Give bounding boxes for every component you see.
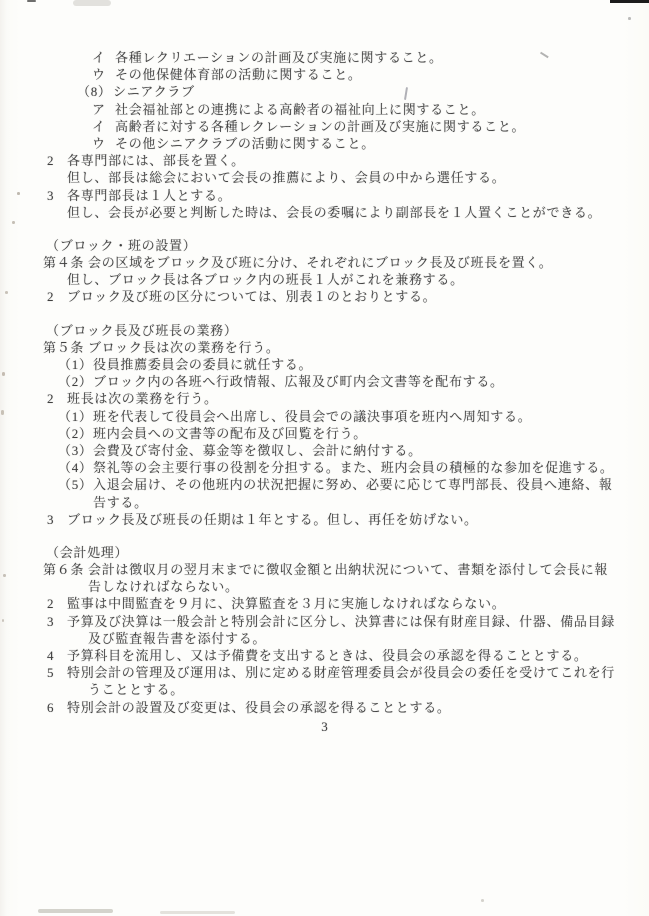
document-line: 5特別会計の管理及び運用は、別に定める財産管理委員会が役員会の委任を受けてこれを… [0,664,649,681]
document-line: 3ブロック長及び班長の任期は１年とする。但し、再任を妨げない。 [0,511,649,528]
document-line: （2）班内会員への文書等の配布及び回覧を行う。 [0,425,649,442]
line-text: 告しなければならない。 [88,579,239,594]
line-marker: （2） [58,373,93,390]
line-marker: 3 [47,613,67,630]
line-marker: （1） [58,408,93,425]
blank-line [0,306,649,322]
line-text: 入退会届け、その他班内の状況把握に努め、必要に応じて専門部長、役員へ連絡、報 [93,477,613,492]
document-line: 及び監査報告書を添付する。 [0,630,649,647]
line-text: 但し、会長が必要と判断した時は、会長の委嘱により副部長を１人置くことができる。 [67,205,601,220]
line-marker: （4） [58,459,93,476]
scan-artifact-top-left-speck [27,0,36,2]
document-lines: イ各種レクリエーションの計画及び実施に関すること。ウその他保健体育部の活動に関す… [0,49,649,716]
line-marker: （8） [77,83,113,100]
line-marker: イ [92,49,115,66]
document-line: 2班長は次の業務を行う。 [0,390,649,407]
line-marker: 2 [47,152,67,169]
line-text: 予算及び決算は一般会計と特別会計に区分し、決算書には保有財産目録、什器、備品目録 [67,614,615,629]
line-text: 但し、ブロック長は各ブロック内の班長１人がこれを兼務する。 [67,272,464,287]
line-marker: イ [92,118,115,135]
line-text: 祭礼等の会主要行事の役割を分担する。また、班内会員の積極的な参加を促進する。 [93,460,614,475]
document-line: 但し、ブロック長は各ブロック内の班長１人がこれを兼務する。 [0,271,649,288]
line-text: 会計は徴収月の翌月末までに徴収金額と出納状況について、書類を添付して会長に報 [88,562,608,577]
line-text: 特別会計の設置及び変更は、役員会の承認を得ることとする。 [67,700,451,715]
document-line: （8）シニアクラブ [0,83,649,100]
line-text: 会の区域をブロック及び班に分け、それぞれにブロック長及び班長を置く。 [88,255,553,270]
line-text: ブロック内の各班へ行政情報、広報及び町内会文書等を配布する。 [93,374,504,389]
scan-artifact-top-smudge [73,0,111,6]
line-text: 班を代表して役員会へ出席し、役員会での議決事項を班内へ周知する。 [93,409,531,424]
line-text: 各専門部には、部長を置く。 [67,153,245,168]
line-marker: （1） [58,356,93,373]
line-marker: 6 [47,699,67,716]
blank-line [0,528,649,544]
line-text: 班内会員への文書等の配布及び回覧を行う。 [93,426,367,441]
document-line: 3各専門部長は１人とする。 [0,187,649,204]
line-marker: 3 [47,187,67,204]
document-line: 2各専門部には、部長を置く。 [0,152,649,169]
line-text: 役員推薦委員会の委員に就任する。 [93,357,312,372]
document-line: 3予算及び決算は一般会計と特別会計に区分し、決算書には保有財産目録、什器、備品目… [0,613,649,630]
document-line: ウその他保健体育部の活動に関すること。 [0,66,649,83]
document-line: 告する。 [0,494,649,511]
document-line: 第６条会計は徴収月の翌月末までに徴収金額と出納状況について、書類を添付して会長に… [0,561,649,578]
line-marker: 2 [47,595,67,612]
scan-artifact-bottom-smudge [38,909,113,913]
line-marker: 4 [47,647,67,664]
document-line: うこととする。 [0,681,649,698]
document-line: ア社会福祉部との連携による高齢者の福祉向上に関すること。 [0,101,649,118]
document-line: （会計処理） [0,544,649,561]
document-line: 但し、部長は総会において会長の推薦により、会員の中から選任する。 [0,169,649,186]
line-text: ブロック及び班の区分については、別表１のとおりとする。 [67,289,436,304]
document-line: 告しなければならない。 [0,578,649,595]
document-line: 6特別会計の設置及び変更は、役員会の承認を得ることとする。 [0,699,649,716]
document-line: 2ブロック及び班の区分については、別表１のとおりとする。 [0,288,649,305]
document-line: 但し、会長が必要と判断した時は、会長の委嘱により副部長を１人置くことができる。 [0,204,649,221]
document-line: （1）班を代表して役員会へ出席し、役員会での議決事項を班内へ周知する。 [0,408,649,425]
line-marker: （2） [58,425,93,442]
line-text: 社会福祉部との連携による高齢者の福祉向上に関すること。 [115,102,485,117]
line-text: （会計処理） [46,545,128,560]
line-text: ブロック長は次の業務を行う。 [88,340,280,355]
scan-artifact-bottom-dot [481,899,484,902]
document-line: （5）入退会届け、その他班内の状況把握に努め、必要に応じて専門部長、役員へ連絡、… [0,476,649,493]
line-text: 及び監査報告書を添付する。 [88,631,266,646]
line-text: 予算科目を流用し、又は予備費を支出するときは、役員会の承認を得ることとする。 [67,648,588,663]
line-marker: ウ [92,66,115,83]
line-text: 班長は次の業務を行う。 [67,391,218,406]
line-marker: ア [92,101,115,118]
scanned-document-page: イ各種レクリエーションの計画及び実施に関すること。ウその他保健体育部の活動に関す… [0,0,649,916]
line-marker: 3 [47,511,67,528]
line-text: その他シニアクラブの活動に関すること。 [115,136,375,151]
line-marker: （5） [58,476,93,493]
document-line: イ高齢者に対する各種レクレーションの計画及び実施に関すること。 [0,118,649,135]
scan-artifact-top-right-bar [610,0,649,3]
document-line: ウその他シニアクラブの活動に関すること。 [0,135,649,152]
line-marker: （3） [58,442,93,459]
line-text: （ブロック長及び班長の業務） [46,323,238,338]
document-line: 2監事は中間監査を９月に、決算監査を３月に実施しなければならない。 [0,595,649,612]
document-line: （3）会費及び寄付金、募金等を徴収し、会計に納付する。 [0,442,649,459]
line-text: ブロック長及び班長の任期は１年とする。但し、再任を妨げない。 [67,512,478,527]
document-line: 第５条ブロック長は次の業務を行う。 [0,339,649,356]
line-text: 高齢者に対する各種レクレーションの計画及び実施に関すること。 [115,119,525,134]
document-line: 第４条会の区域をブロック及び班に分け、それぞれにブロック長及び班長を置く。 [0,254,649,271]
line-marker: 2 [47,288,67,305]
document-line: イ各種レクリエーションの計画及び実施に関すること。 [0,49,649,66]
line-text: 告する。 [93,495,148,510]
document-line: （ブロック長及び班長の業務） [0,322,649,339]
document-line: （2）ブロック内の各班へ行政情報、広報及び町内会文書等を配布する。 [0,373,649,390]
line-text: （ブロック・班の設置） [46,238,196,253]
line-text: シニアクラブ [113,84,195,99]
line-marker: 第４条 [43,254,88,271]
line-text: 各専門部長は１人とする。 [67,188,231,203]
line-marker: ウ [92,135,115,152]
scan-artifact-bottom-smudge [160,911,235,914]
line-text: その他保健体育部の活動に関すること。 [115,67,362,82]
page-number: 3 [0,719,649,735]
document-line: （1）役員推薦委員会の委員に就任する。 [0,356,649,373]
line-marker: 5 [47,664,67,681]
line-marker: 第５条 [43,339,88,356]
line-text: 特別会計の管理及び運用は、別に定める財産管理委員会が役員会の委任を受けてこれを行 [67,665,615,680]
document-line: 4予算科目を流用し、又は予備費を支出するときは、役員会の承認を得ることとする。 [0,647,649,664]
scan-artifact-right-dot [628,17,631,20]
blank-line [0,221,649,237]
line-text: 但し、部長は総会において会長の推薦により、会員の中から選任する。 [67,170,505,185]
document-line: （4）祭礼等の会主要行事の役割を分担する。また、班内会員の積極的な参加を促進する… [0,459,649,476]
line-marker: 第６条 [43,561,88,578]
line-text: 会費及び寄付金、募金等を徴収し、会計に納付する。 [93,443,422,458]
line-text: 各種レクリエーションの計画及び実施に関すること。 [115,50,443,65]
line-text: 監事は中間監査を９月に、決算監査を３月に実施しなければならない。 [67,596,505,611]
line-text: うこととする。 [88,682,184,697]
document-line: （ブロック・班の設置） [0,237,649,254]
line-marker: 2 [47,390,67,407]
